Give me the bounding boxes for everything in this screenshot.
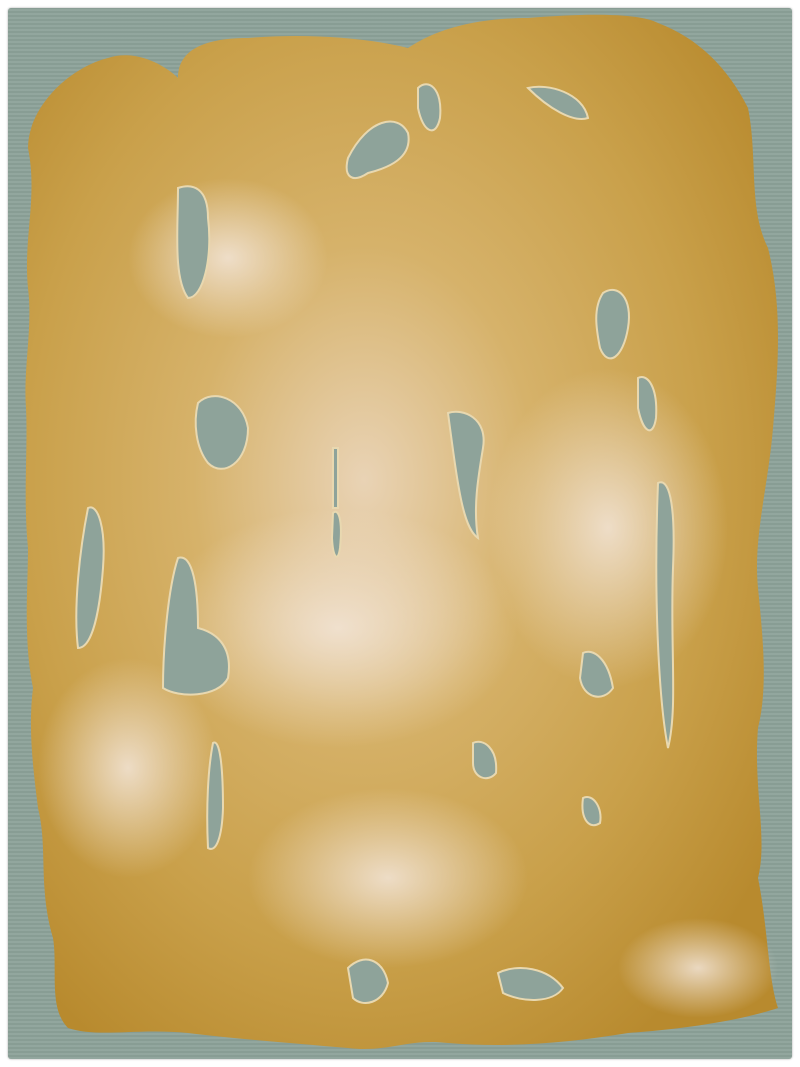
- rug-pattern: [8, 8, 792, 1059]
- rug: Rectangular rug with a sage/grey-green b…: [8, 8, 792, 1059]
